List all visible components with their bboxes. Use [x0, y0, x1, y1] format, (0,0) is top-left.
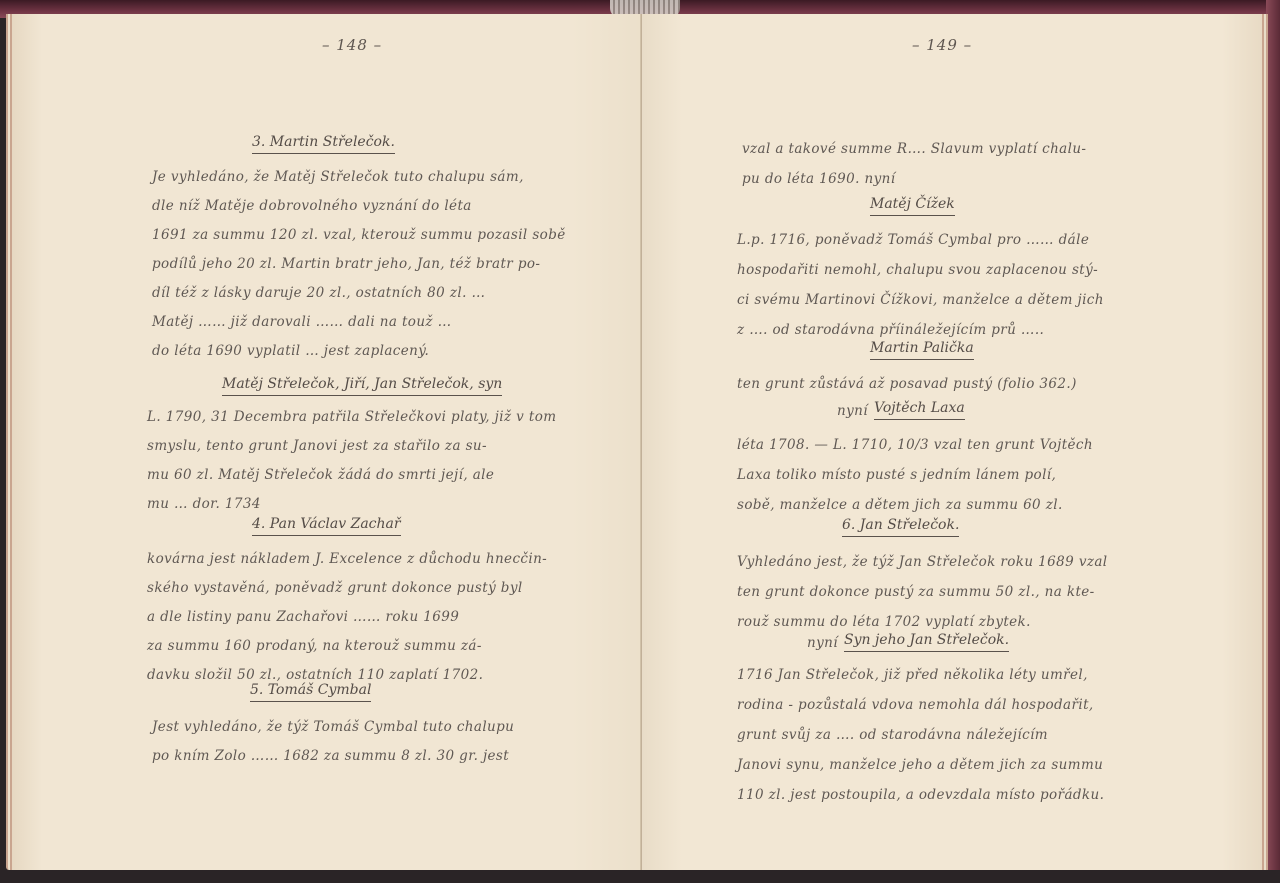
text-line: pu do léta 1690. nyní	[742, 171, 895, 187]
text-line: Jest vyhledáno, že týž Tomáš Cymbal tuto…	[152, 719, 514, 735]
text-line: mu … dor. 1734	[147, 496, 261, 512]
book-cover-right-edge	[1266, 0, 1280, 870]
text-line: podílů jeho 20 zl. Martin bratr jeho, Ja…	[152, 256, 540, 272]
text-line: díl též z lásky daruje 20 zl., ostatních…	[152, 285, 485, 301]
text-line: ten grunt dokonce pustý za summu 50 zl.,…	[737, 584, 1095, 600]
section-heading: Matěj Čížek	[870, 196, 955, 216]
text-line: 1691 za summu 120 zl. vzal, kterouž summ…	[152, 227, 566, 243]
section-heading: Martin Palička	[870, 340, 974, 360]
text-line: po kním Zolo …… 1682 za summu 8 zl. 30 g…	[152, 748, 509, 764]
page-number: – 148 –	[322, 36, 382, 54]
text-line: ského vystavěná, poněvadž grunt dokonce …	[147, 580, 523, 596]
section-heading: Syn jeho Jan Střelečok.	[844, 632, 1009, 652]
heading-prefix: nyní	[807, 635, 838, 651]
text-line: 110 zl. jest postoupila, a odevzdala mís…	[737, 787, 1104, 803]
text-line: sobě, manželce a dětem jich za summu 60 …	[737, 497, 1063, 513]
text-line: 1716 Jan Střelečok, již před několika lé…	[737, 667, 1088, 683]
text-line: za summu 160 prodaný, na kterouž summu z…	[147, 638, 482, 654]
text-line: z …. od starodávna příináležejícím prů ……	[737, 322, 1044, 338]
text-line: vzal a takové summe R…. Slavum vyplatí c…	[742, 141, 1086, 157]
text-line: Matěj …… již darovali …… dali na touž …	[152, 314, 452, 330]
heading-prefix: nyní	[837, 403, 868, 419]
left-page: – 148 – 3. Martin Střelečok. Je vyhledán…	[6, 14, 642, 870]
section-heading: 5. Tomáš Cymbal	[250, 682, 371, 702]
section-heading: Matěj Střelečok, Jiří, Jan Střelečok, sy…	[222, 376, 502, 396]
text-line: dle níž Matěje dobrovolného vyznání do l…	[152, 198, 472, 214]
text-line: smyslu, tento grunt Janovi jest za staři…	[147, 438, 487, 454]
text-line: davku složil 50 zl., ostatních 110 zapla…	[147, 667, 483, 683]
text-line: Janovi synu, manželce jeho a dětem jich …	[737, 757, 1103, 773]
text-line: rouž summu do léta 1702 vyplatí zbytek.	[737, 614, 1031, 630]
section-heading: Vojtěch Laxa	[874, 400, 965, 420]
text-line: léta 1708. — L. 1710, 10/3 vzal ten grun…	[737, 437, 1093, 453]
page-number: – 149 –	[912, 36, 972, 54]
text-line: L.p. 1716, poněvadž Tomáš Cymbal pro …… …	[737, 232, 1089, 248]
text-line: ci svému Martinovi Čížkovi, manželce a d…	[737, 292, 1104, 308]
text-line: do léta 1690 vyplatil … jest zaplacený.	[152, 343, 429, 359]
text-line: grunt svůj za …. od starodávna náležejíc…	[737, 727, 1048, 743]
text-line: Laxa toliko místo pusté s jedním lánem p…	[737, 467, 1056, 483]
section-heading: 3. Martin Střelečok.	[252, 134, 395, 154]
text-line: ten grunt zůstává až posavad pustý (foli…	[737, 376, 1077, 392]
text-line: mu 60 zl. Matěj Střelečok žádá do smrti …	[147, 467, 494, 483]
text-line: hospodařiti nemohl, chalupu svou zaplace…	[737, 262, 1098, 278]
text-line: a dle listiny panu Zachařovi …… roku 169…	[147, 609, 459, 625]
text-line: L. 1790, 31 Decembra patřila Střelečkovi…	[147, 409, 556, 425]
text-line: kovárna jest nákladem J. Excelence z důc…	[147, 551, 547, 567]
section-heading: 4. Pan Václav Zachař	[252, 516, 401, 536]
right-page: – 149 – vzal a takové summe R…. Slavum v…	[642, 14, 1268, 870]
text-line: rodina - pozůstalá vdova nemohla dál hos…	[737, 697, 1094, 713]
text-line: Vyhledáno jest, že týž Jan Střelečok rok…	[737, 554, 1108, 570]
text-line: Je vyhledáno, že Matěj Střelečok tuto ch…	[152, 169, 524, 185]
section-heading: 6. Jan Střelečok.	[842, 517, 959, 537]
